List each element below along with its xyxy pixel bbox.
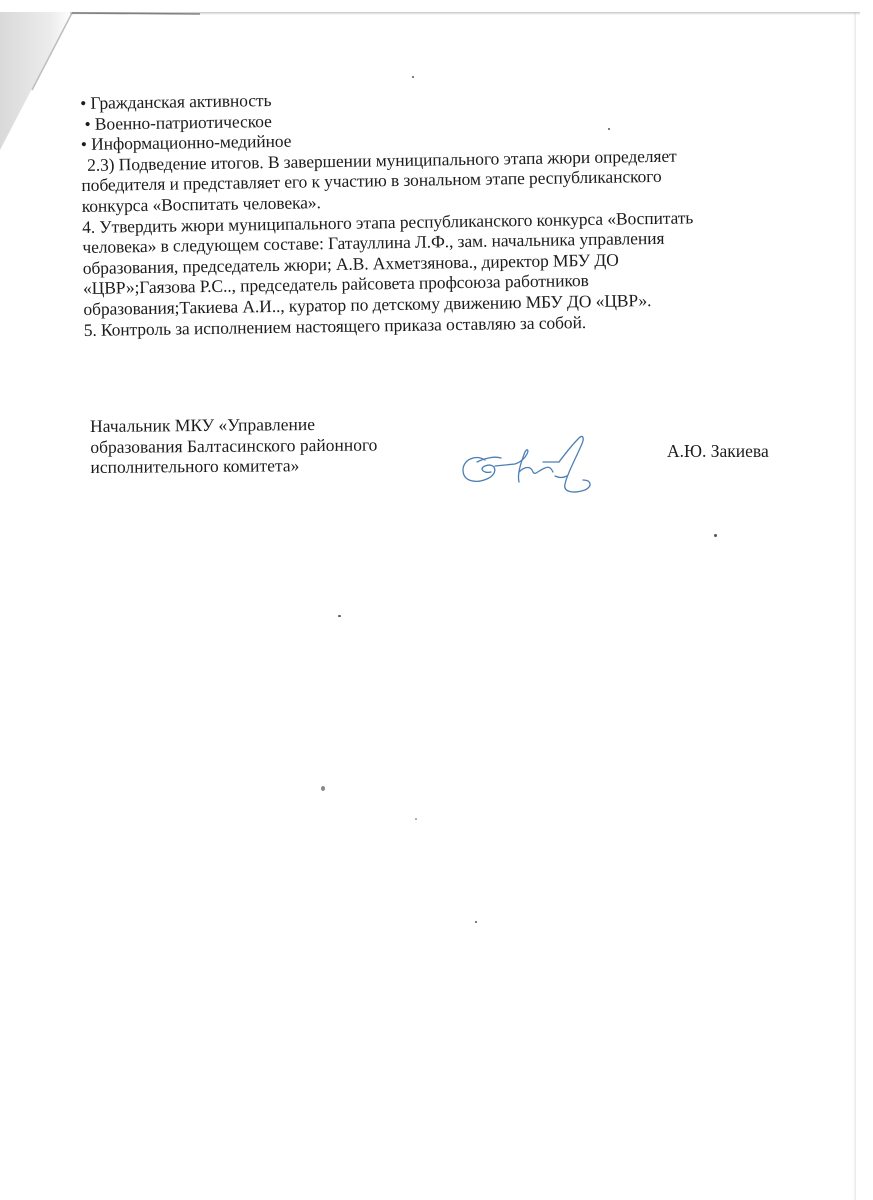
scan-speck [714,534,717,537]
scan-speck [415,818,417,820]
scan-speck [412,76,414,78]
signatory-name: А.Ю. Закиева [667,441,769,462]
page-right-edge [853,12,856,1200]
signatory-title-line: исполнительного комитета» [90,455,377,478]
scan-speck [338,615,341,617]
scan-speck [608,128,610,130]
signatory-title-line: Начальник МКУ «Управление [90,413,377,436]
scan-speck [321,786,325,791]
scan-speck [475,921,477,923]
signatory-title: Начальник МКУ «Управление образования Ба… [90,413,378,477]
signatory-title-line: образования Балтасинского районного [90,434,377,457]
page-top-edge [70,12,860,15]
document-body: • Гражданская активность • Военно-патрио… [80,81,824,340]
handwritten-signature [455,432,605,502]
